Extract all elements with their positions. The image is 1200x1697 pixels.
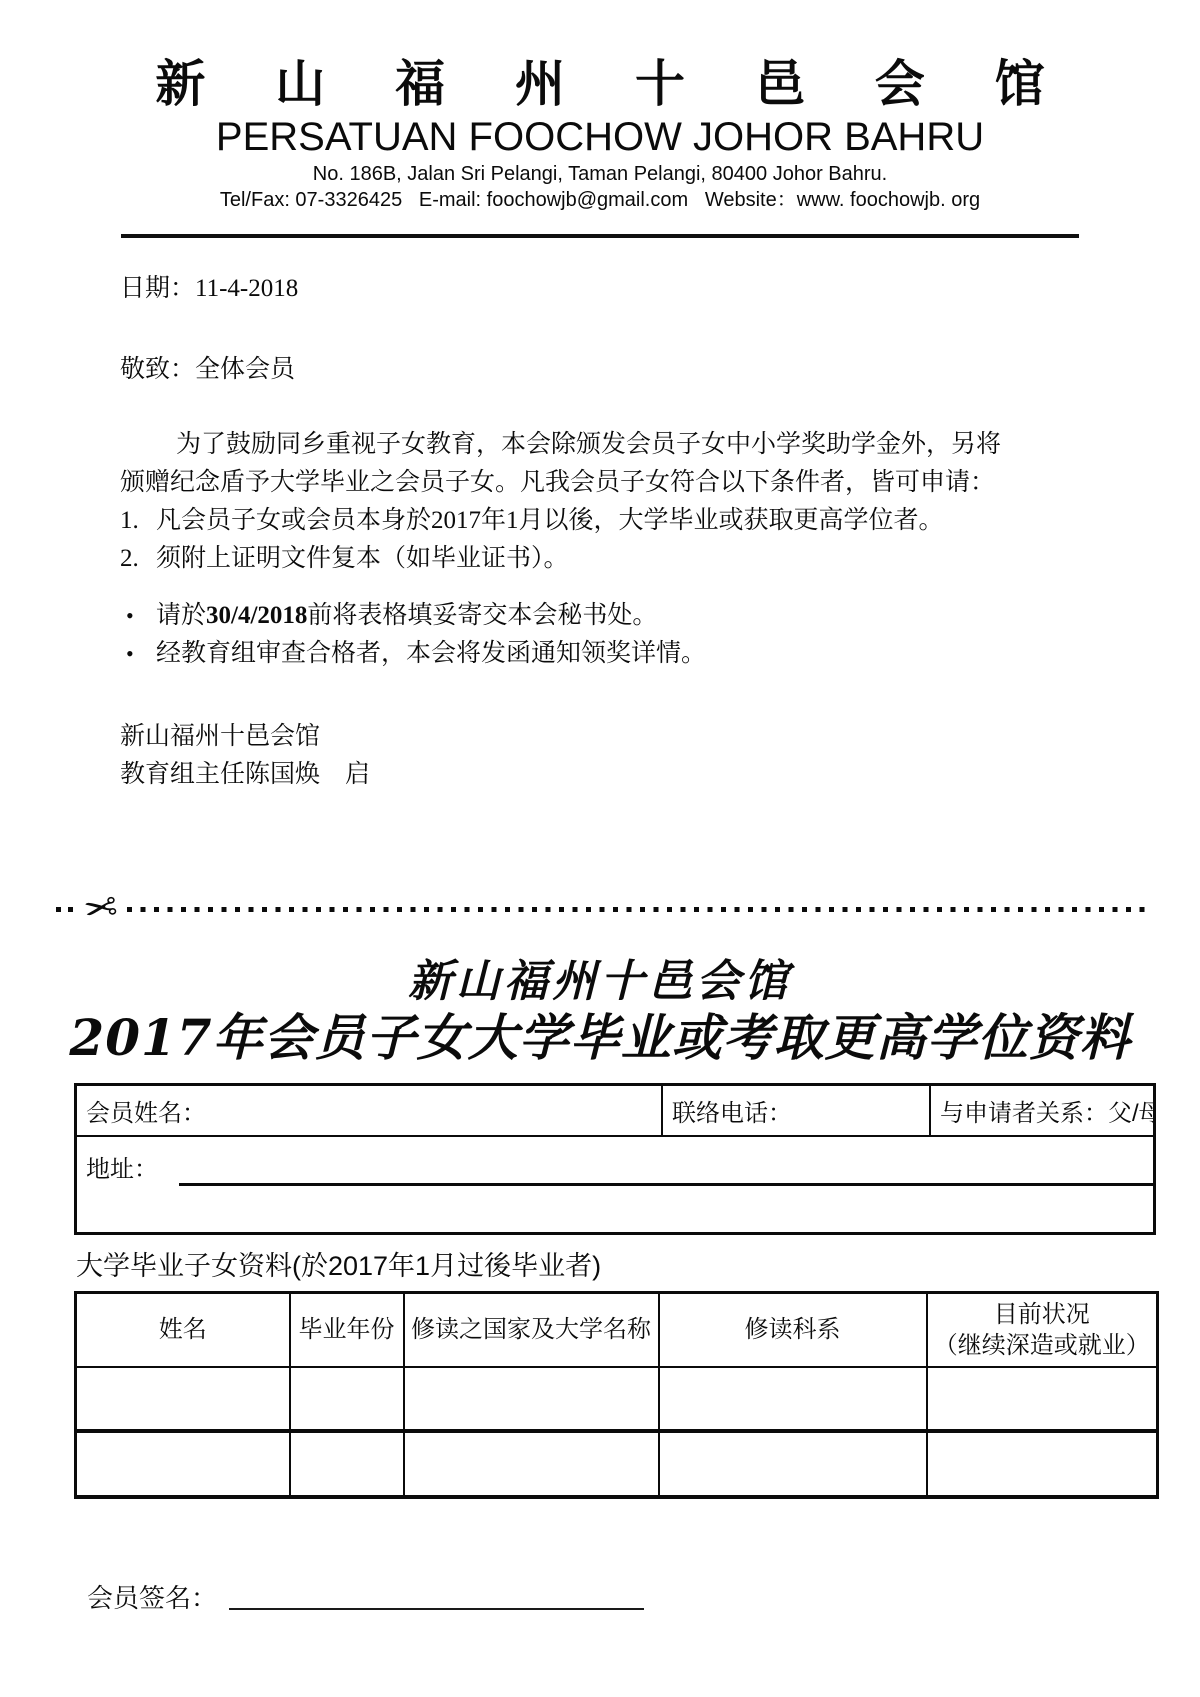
note-item-1: • 请於30/4/2018前将表格填妥寄交本会秘书处。: [120, 597, 1110, 635]
notes-list: • 请於30/4/2018前将表格填妥寄交本会秘书处。 • 经教育组审查合格者，…: [120, 597, 1110, 673]
col-header-current-status: 目前状况（继续深造或就业）: [927, 1293, 1158, 1367]
note-text: 请於30/4/2018前将表格填妥寄交本会秘书处。: [156, 597, 1110, 635]
signature-label: 会员签名：: [87, 1583, 217, 1613]
intro-paragraph: 为了鼓励同乡重视子女教育，本会除颁发会员子女中小学奖助学金外，另将 颁赠纪念盾予…: [120, 426, 1110, 578]
letterhead: 新 山 福 州 十 邑 会 馆 PERSATUAN FOOCHOW JOHOR …: [0, 0, 1200, 238]
col-header-grad-year: 毕业年份: [290, 1293, 404, 1367]
table-cell: [927, 1367, 1158, 1431]
col-header-country-university: 修读之国家及大学名称: [404, 1293, 659, 1367]
form-org-title: 新山福州十邑会馆: [0, 955, 1200, 1009]
letter-body: 日期：11-4-2018 敬致：全体会员 为了鼓励同乡重视子女教育，本会除颁发会…: [120, 270, 1110, 794]
member-info-row: 会员姓名： 联络电话： 与申请者关系：父/母: [77, 1086, 1153, 1137]
table-row: [76, 1431, 1158, 1497]
table-cell: [76, 1431, 290, 1497]
relation-field: 与申请者关系：父/母: [929, 1086, 1153, 1135]
dotted-line-left: [56, 907, 74, 912]
note-item-2: • 经教育组审查合格者，本会将发函通知领奖详情。: [120, 635, 1110, 673]
address-label: 地址：: [86, 1149, 158, 1184]
table-cell: [927, 1431, 1158, 1497]
org-contact-line: Tel/Fax: 07-3326425 E-mail: foochowjb@gm…: [0, 188, 1200, 212]
condition-item-2: 2. 须附上证明文件复本（如毕业证书）。: [120, 540, 1110, 578]
signature-blank-line: [229, 1588, 644, 1610]
closing-signatory: 教育组主任陈国焕 启: [120, 756, 1110, 794]
form-title: 2017年会员子女大学毕业或考取更高学位资料: [0, 1009, 1200, 1067]
item-text: 凡会员子女或会员本身於2017年1月以後，大学毕业或获取更高学位者。: [156, 502, 1110, 540]
condition-item-1: 1. 凡会员子女或会员本身於2017年1月以後，大学毕业或获取更高学位者。: [120, 502, 1110, 540]
bullet-icon: •: [120, 635, 156, 673]
closing-block: 新山福州十邑会馆 教育组主任陈国焕 启: [120, 718, 1110, 794]
table-cell: [404, 1367, 659, 1431]
note-text-pre: 请於: [156, 602, 206, 629]
note-text: 经教育组审查合格者，本会将发函通知领奖详情。: [156, 635, 1110, 673]
phone-field: 联络电话：: [661, 1086, 929, 1135]
cut-here-line: ✂: [56, 887, 1150, 931]
bullet-icon: •: [120, 597, 156, 635]
item-text: 须附上证明文件复本（如毕业证书）。: [156, 540, 1110, 578]
salutation-line: 敬致：全体会员: [120, 351, 1110, 389]
note-text-post: 经教育组审查合格者，本会将发函通知领奖详情。: [156, 640, 706, 667]
address-blank-line: [179, 1183, 1153, 1186]
date-line: 日期：11-4-2018: [120, 270, 1110, 308]
table-cell: [290, 1431, 404, 1497]
paragraph-line-1: 为了鼓励同乡重视子女教育，本会除颁发会员子女中小学奖助学金外，另将: [120, 426, 1110, 464]
document-page: 新 山 福 州 十 邑 会 馆 PERSATUAN FOOCHOW JOHOR …: [0, 0, 1200, 1697]
org-address: No. 186B, Jalan Sri Pelangi, Taman Pelan…: [0, 162, 1200, 186]
table-header-row: 姓名 毕业年份 修读之国家及大学名称 修读科系 目前状况（继续深造或就业）: [76, 1293, 1158, 1367]
scissors-icon: ✂: [81, 885, 120, 933]
table-cell: [404, 1431, 659, 1497]
table-cell: [659, 1367, 927, 1431]
note-text-post: 前将表格填妥寄交本会秘书处。: [307, 602, 657, 629]
item-number: 1.: [120, 502, 156, 540]
table-cell: [290, 1367, 404, 1431]
note-text-deadline: 30/4/2018: [206, 602, 307, 629]
org-title-chinese: 新 山 福 州 十 邑 会 馆: [0, 56, 1200, 112]
closing-org-name: 新山福州十邑会馆: [120, 718, 1110, 756]
table-row: [76, 1367, 1158, 1431]
col-header-name: 姓名: [76, 1293, 290, 1367]
member-signature-field: 会员签名：: [87, 1583, 1200, 1613]
letterhead-divider: [121, 234, 1079, 238]
col-header-field-of-study: 修读科系: [659, 1293, 927, 1367]
paragraph-line-2: 颁赠纪念盾予大学毕业之会员子女。凡我会员子女符合以下条件者，皆可申请：: [120, 464, 1110, 502]
table-cell: [76, 1367, 290, 1431]
table-caption: 大学毕业子女资料(於2017年1月过後毕业者): [76, 1251, 1200, 1281]
member-info-box: 会员姓名： 联络电话： 与申请者关系：父/母 地址：: [74, 1083, 1156, 1235]
org-title-english: PERSATUAN FOOCHOW JOHOR BAHRU: [0, 116, 1200, 158]
address-field: 地址：: [77, 1137, 1153, 1232]
dotted-line: [127, 907, 1150, 912]
table-cell: [659, 1431, 927, 1497]
member-name-field: 会员姓名：: [77, 1086, 661, 1135]
item-number: 2.: [120, 540, 156, 578]
graduates-table: 姓名 毕业年份 修读之国家及大学名称 修读科系 目前状况（继续深造或就业）: [74, 1291, 1159, 1499]
